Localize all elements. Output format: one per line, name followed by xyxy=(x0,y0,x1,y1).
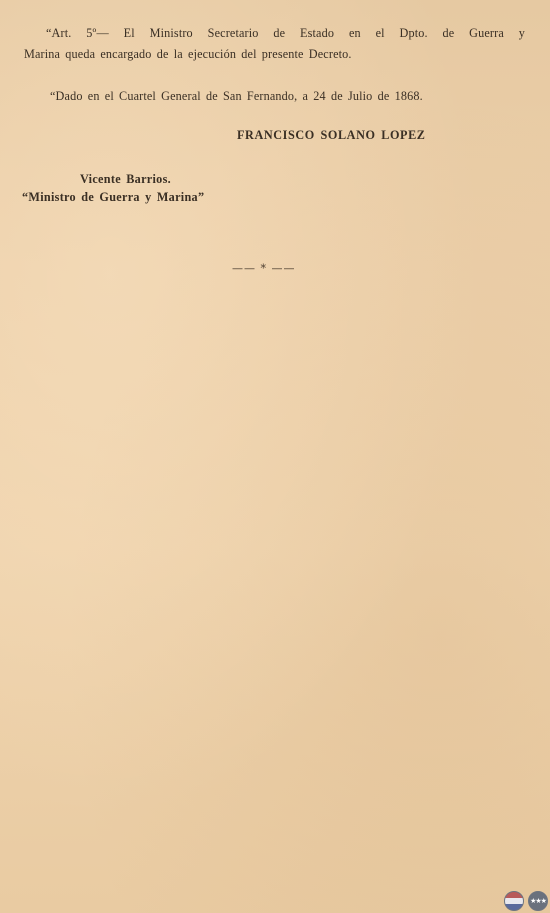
section-separator: —— * —— xyxy=(232,262,296,275)
emblem-group: ★★★ xyxy=(504,891,548,911)
flag-seal-icon[interactable] xyxy=(504,891,524,911)
dated-line: “Dado en el Cuartel General de San Ferna… xyxy=(50,89,423,104)
document-page: “Art. 5º— El Ministro Secretario de Esta… xyxy=(0,0,550,913)
countersign-name: Vicente Barrios. xyxy=(80,172,171,187)
article-line-1: “Art. 5º— El Ministro Secretario de Esta… xyxy=(46,26,525,41)
countersign-title: “Ministro de Guerra y Marina” xyxy=(22,190,204,205)
article-line-2: Marina queda encargado de la ejecución d… xyxy=(24,47,352,62)
stars-seal-icon[interactable]: ★★★ xyxy=(528,891,548,911)
signatory-name: FRANCISCO SOLANO LOPEZ xyxy=(237,128,426,143)
